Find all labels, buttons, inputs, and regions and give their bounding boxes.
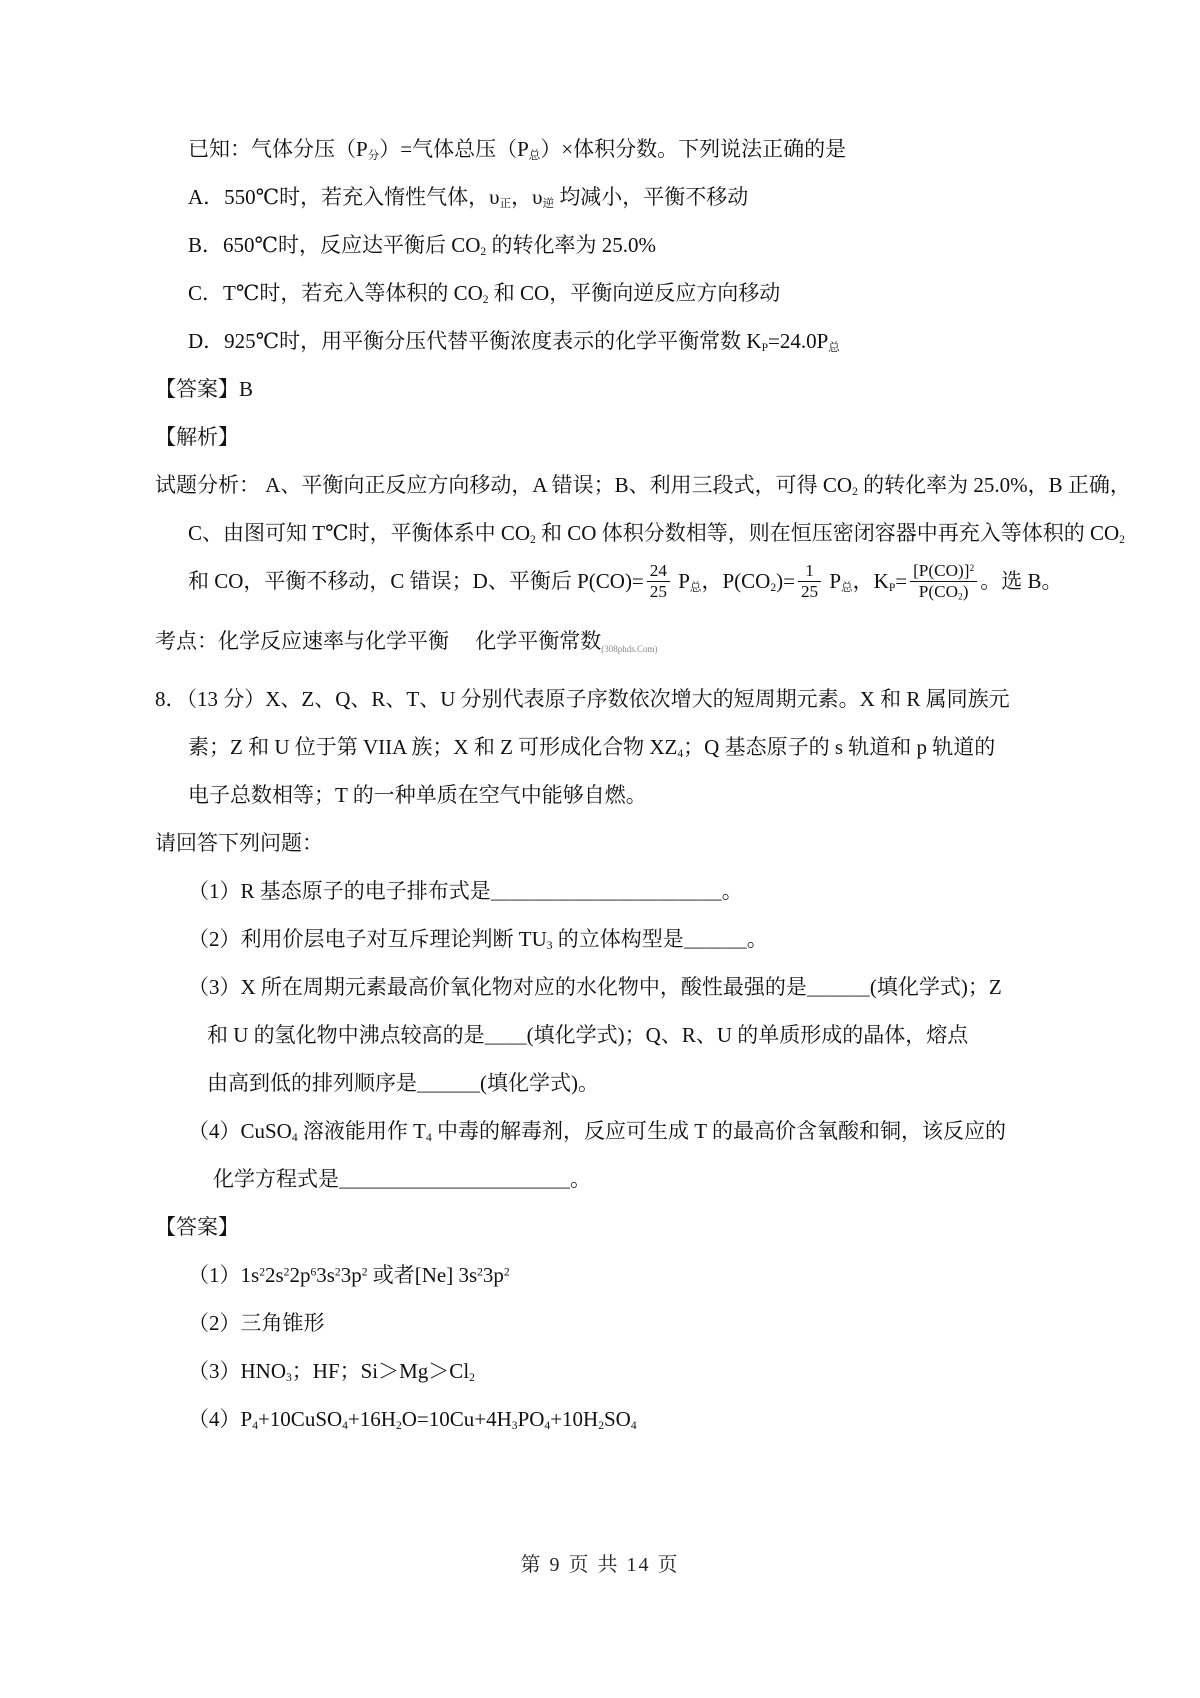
line-q8-prompt: 请回答下列问题： <box>155 819 1060 867</box>
line-jiexi-head: 【解析】 <box>155 413 1060 461</box>
line-kaodian: 考点：化学反应速率与化学平衡 化学平衡常数(308phds.Com) <box>155 617 1060 673</box>
line-analysis-l2: C、由图可知 T℃时，平衡体系中 CO2 和 CO 体积分数相等，则在恒压密闭容… <box>155 509 1060 557</box>
line-q8-sub3a: （3）X 所在周期元素最高价氧化物对应的水化物中，酸性最强的是＿＿＿(填化学式)… <box>155 963 1060 1011</box>
line-answer-8-4: （4）P4+10CuSO4+16H2O=10Cu+4H3PO4+10H2SO4 <box>155 1395 1060 1443</box>
line-q8-sub3c: 由高到低的排列顺序是＿＿＿(填化学式)。 <box>155 1059 1060 1107</box>
line-answer-8-head: 【答案】 <box>155 1203 1060 1251</box>
line-option-a: A．550℃时，若充入惰性气体，υ正，υ逆 均减小，平衡不移动 <box>155 173 1060 221</box>
line-q8-sub1: （1）R 基态原子的电子排布式是＿＿＿＿＿＿＿＿＿＿＿。 <box>155 867 1060 915</box>
fraction: 2425 <box>647 561 670 601</box>
document-page: 已知：气体分压（P分）=气体总压（P总）×体积分数。下列说法正确的是A．550℃… <box>0 0 1200 1698</box>
line-analysis-l3: 和 CO，平衡不移动，C 错误；D、平衡后 P(CO)=2425 P总，P(CO… <box>155 557 1060 605</box>
fraction: 125 <box>798 561 821 601</box>
line-intro: 已知：气体分压（P分）=气体总压（P总）×体积分数。下列说法正确的是 <box>155 125 1060 173</box>
line-option-c: C．T℃时，若充入等体积的 CO2 和 CO，平衡向逆反应方向移动 <box>155 269 1060 317</box>
line-analysis-l1: 试题分析： A、平衡向正反应方向移动，A 错误；B、利用三段式，可得 CO2 的… <box>155 461 1060 509</box>
line-answer-8-2: （2）三角锥形 <box>155 1299 1060 1347</box>
watermark-text: (308phds.Com) <box>601 644 657 654</box>
page-footer: 第 9 页 共 14 页 <box>0 1548 1200 1577</box>
line-answer-8-1: （1）1s22s22p63s23p2 或者[Ne] 3s23p2 <box>155 1251 1060 1299</box>
line-q8-sub3b: 和 U 的氢化物中沸点较高的是＿＿(填化学式)；Q、R、U 的单质形成的晶体，熔… <box>155 1011 1060 1059</box>
line-q8-sub4b: 化学方程式是＿＿＿＿＿＿＿＿＿＿＿。 <box>155 1155 1060 1203</box>
document-body: 已知：气体分压（P分）=气体总压（P总）×体积分数。下列说法正确的是A．550℃… <box>0 0 1200 1443</box>
line-q8-sub4a: （4）CuSO4 溶液能用作 T4 中毒的解毒剂，反应可生成 T 的最高价含氧酸… <box>155 1107 1060 1155</box>
line-option-d: D．925℃时，用平衡分压代替平衡浓度表示的化学平衡常数 KP=24.0P总 <box>155 317 1060 365</box>
line-q8-l1: 8．（13 分）X、Z、Q、R、T、U 分别代表原子序数依次增大的短周期元素。X… <box>155 675 1060 723</box>
fraction: [P(CO)]2P(CO2) <box>910 561 977 601</box>
line-answer-7: 【答案】B <box>155 365 1060 413</box>
line-answer-8-3: （3）HNO3；HF；Si＞Mg＞Cl2 <box>155 1347 1060 1395</box>
line-q8-sub2: （2）利用价层电子对互斥理论判断 TU3 的立体构型是＿＿＿。 <box>155 915 1060 963</box>
line-q8-l3: 电子总数相等；T 的一种单质在空气中能够自燃。 <box>155 771 1060 819</box>
line-option-b: B．650℃时，反应达平衡后 CO2 的转化率为 25.0% <box>155 221 1060 269</box>
line-q8-l2: 素；Z 和 U 位于第 VIIA 族；X 和 Z 可形成化合物 XZ4；Q 基态… <box>155 723 1060 771</box>
